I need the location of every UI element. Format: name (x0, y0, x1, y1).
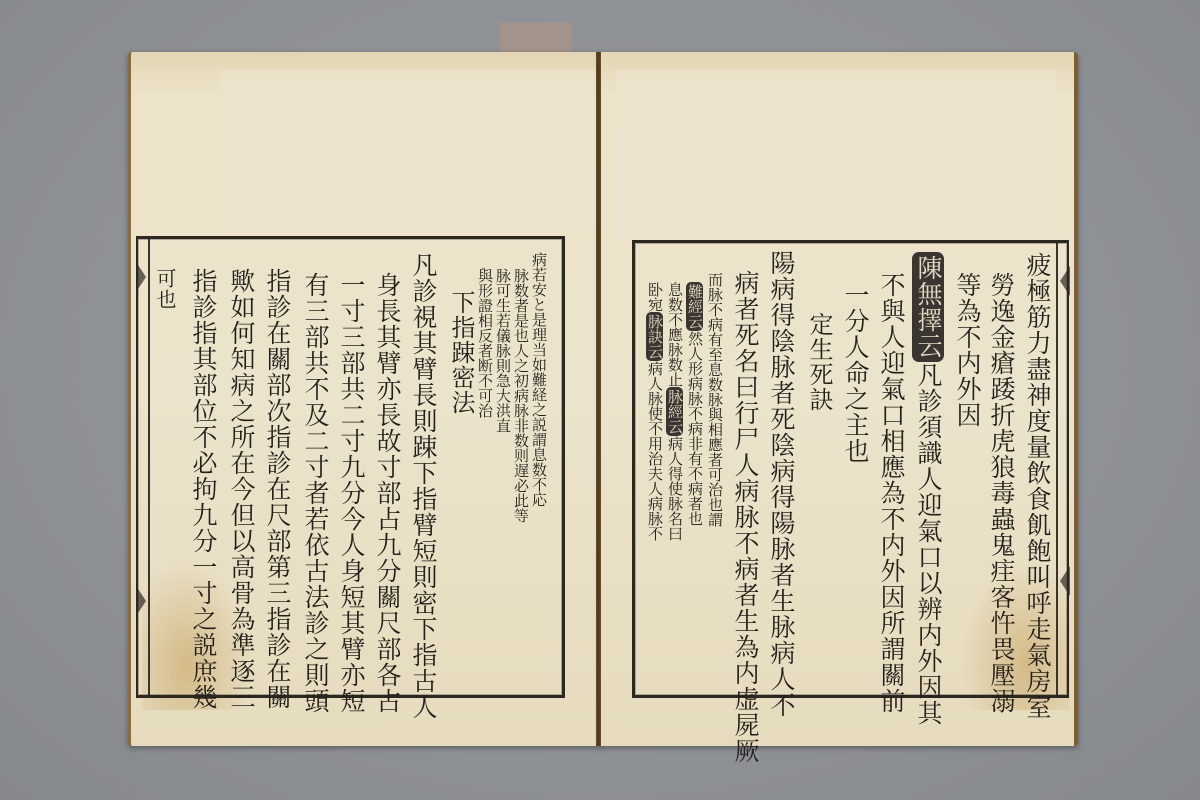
right-page-inlay (616, 70, 1056, 240)
text-column: 可也 (150, 268, 180, 310)
text-column: 不與人迎氣口相應為不内外因所謂關前 (876, 272, 906, 714)
speaker-badge: 難經云 (686, 282, 703, 331)
text-column: 病若安と是理当如難経之説謂息数不応 (530, 252, 547, 507)
text-column: 凡診視其臂長則踈下指臂短則密下指古人 (408, 252, 438, 720)
text-column: 脉数者是也人之初病脉非数则遅必此等 (512, 268, 529, 523)
speaker-badge: 陳無擇云 (912, 252, 944, 362)
text-column: 勞逸金瘡踒折虎狼毒蟲鬼疰客忤畏壓溺 (986, 272, 1016, 714)
text-column: 息数不應脉数止脉經云病人得使脉名曰 (666, 282, 683, 541)
text-column: 卧宛脉訣云病人脉使不用治夫人病脉不 (646, 282, 663, 541)
open-book: 印 病若安と是理当如難経之説謂息数不応 脉数者是也人之初病脉非数则遅必此等 脉可… (0, 0, 1200, 800)
book-gutter (596, 52, 601, 746)
text-column: 而脉不病有至息数脉與相應者可治也謂 (706, 272, 723, 527)
text-column: 疲極筋力盡神度量飲食飢飽叫呼走氣房室 (1022, 252, 1052, 720)
speaker-badge: 脉經云 (666, 387, 683, 436)
text-column: 病者死名曰行尸人病脉不病者生為内虚屍厥 (730, 270, 760, 764)
text-column: 有三部共不及二寸者若依古法診之則頭 (300, 272, 330, 714)
text-column: 指診指其部位不必拘九分一寸之説庶幾 (188, 268, 218, 710)
text-column: 身長其臂亦長故寸部占九分關尺部各占 (372, 272, 402, 714)
text-column: 與形證相反者断不可治 (476, 268, 493, 418)
speaker-badge: 脉訣云 (646, 312, 663, 361)
text-column: 一寸三部共二寸九分今人身短其臂亦短 (336, 272, 366, 714)
text-column: 歟如何知病之所在今但以高骨為準逐三 (226, 268, 256, 710)
text-column: 等為不内外因 (952, 272, 982, 428)
section-heading: 定生死訣 (804, 312, 834, 412)
text-column: 一分人命之主也 (840, 282, 870, 464)
text-column: 陳無擇云凡診須識人迎氣口以辨内外因其 (912, 252, 944, 726)
text-column: 指診在關部次指診在尺部第三指診在關 (262, 268, 292, 710)
section-heading: 下指踈密法 (446, 290, 476, 415)
text-column: 脉可生若儀脉則急大洪直 (494, 268, 511, 433)
left-page-inlay (221, 70, 611, 230)
text-column: 陽病得陰脉者死陰病得陽脉者生脉病人不 (766, 250, 796, 718)
text-column: 難經云然人形病脉不病非有不病者也 (686, 282, 703, 526)
